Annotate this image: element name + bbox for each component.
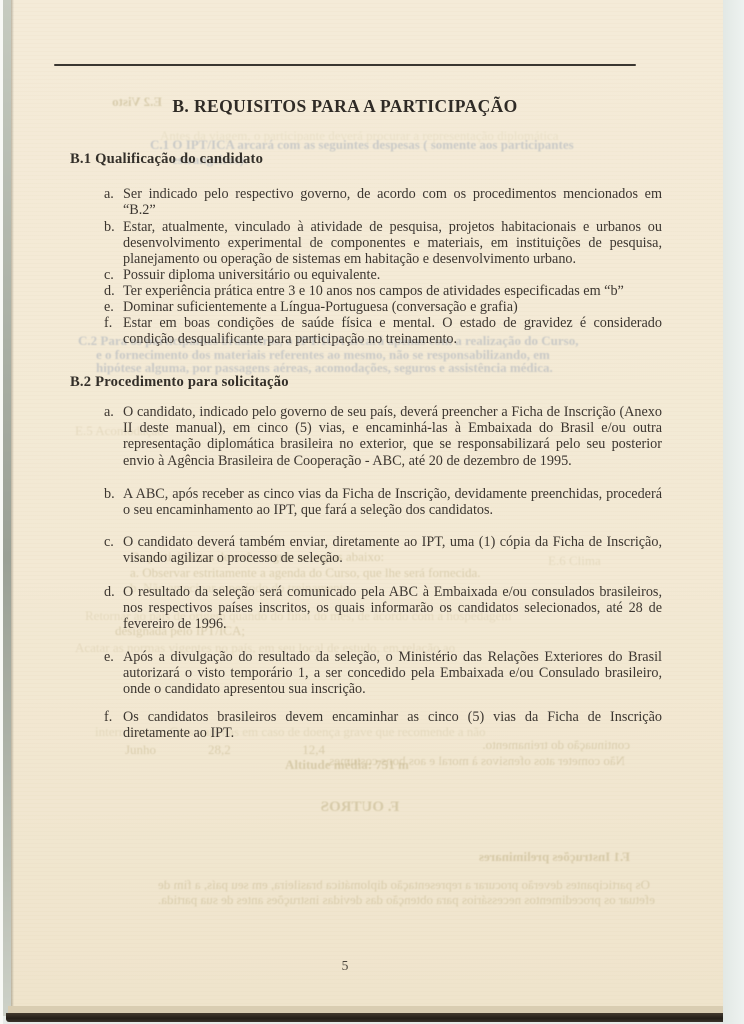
list-item: c. O candidato deverá também enviar, dir…: [104, 534, 662, 566]
list-item-text: Ter experiência prática entre 3 e 10 ano…: [123, 283, 662, 299]
list-item-marker: b.: [104, 219, 123, 268]
list-item-marker: b.: [104, 486, 123, 518]
list-item-marker: d.: [104, 584, 123, 633]
list-item-text: Estar em boas condições de saúde física …: [123, 315, 662, 347]
list-item-marker: f.: [104, 315, 123, 347]
list-item-text: O candidato, indicado pelo governo de se…: [123, 404, 662, 469]
list-item: e. Após a divulgação do resultado da sel…: [104, 649, 662, 698]
list-item-text: Estar, atualmente, vinculado à atividade…: [123, 219, 662, 268]
list-item-marker: a.: [104, 186, 123, 218]
header-rule: [54, 64, 636, 66]
list-item: e. Dominar suficientemente a Língua-Port…: [104, 299, 662, 315]
page-crease-shadow: [11, 0, 14, 1012]
book-spine-shadow: [3, 0, 11, 1016]
list-item-marker: e.: [104, 649, 123, 698]
list-item: a. O candidato, indicado pelo governo de…: [104, 404, 662, 469]
list-item-text: Os candidatos brasileiros devem encaminh…: [123, 709, 662, 741]
list-item-marker: c.: [104, 267, 123, 283]
list-item-marker: a.: [104, 404, 123, 469]
section-heading-b1: B.1 Qualificação do candidato: [70, 151, 263, 168]
list-item-text: O candidato deverá também enviar, direta…: [123, 534, 662, 566]
list-item: f. Os candidatos brasileiros devem encam…: [104, 709, 662, 741]
list-item-text: Ser indicado pelo respectivo governo, de…: [123, 186, 662, 218]
list-item: b. A ABC, após receber as cinco vias da …: [104, 486, 662, 518]
list-item-marker: f.: [104, 709, 123, 741]
scanner-background: [723, 0, 744, 1024]
list-item-text: O resultado da seleção será comunicado p…: [123, 584, 662, 633]
page-bottom-shadow: [6, 1013, 730, 1022]
list-item-text: Possuir diploma universitário ou equival…: [123, 267, 662, 283]
page-number: 5: [54, 958, 636, 974]
list-item: a. Ser indicado pelo respectivo governo,…: [104, 186, 662, 218]
list-item-marker: d.: [104, 283, 123, 299]
section-heading-b2: B.2 Procedimento para solicitação: [70, 374, 289, 391]
list-item: c. Possuir diploma universitário ou equi…: [104, 267, 662, 283]
page-title: B. REQUISITOS PARA A PARTICIPAÇÃO: [54, 96, 636, 117]
list-item: d. O resultado da seleção será comunicad…: [104, 584, 662, 633]
list-item: b. Estar, atualmente, vinculado à ativid…: [104, 219, 662, 268]
list-item-text: Após a divulgação do resultado da seleçã…: [123, 649, 662, 698]
list-item-marker: c.: [104, 534, 123, 566]
list-item: d. Ter experiência prática entre 3 e 10 …: [104, 283, 662, 299]
list-item-text: Dominar suficientemente a Língua-Portugu…: [123, 299, 662, 315]
list-item-marker: e.: [104, 299, 123, 315]
scanned-page: E.2 Visto Antes da viagem, o participant…: [0, 0, 744, 1024]
list-item: f. Estar em boas condições de saúde físi…: [104, 315, 662, 347]
list-item-text: A ABC, após receber as cinco vias da Fic…: [123, 486, 662, 518]
